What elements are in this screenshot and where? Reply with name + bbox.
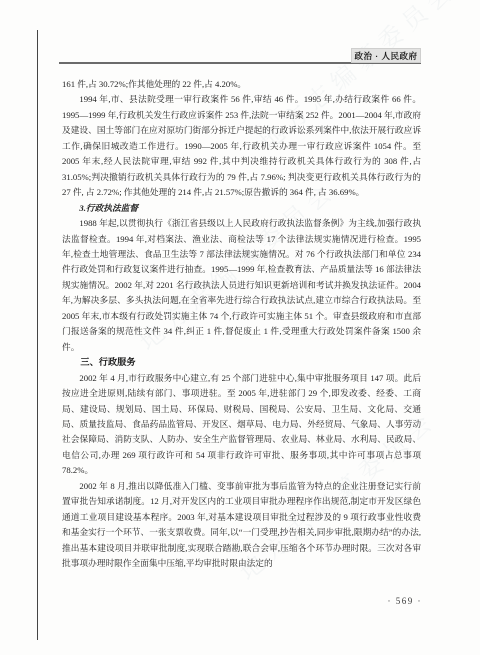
body-paragraph: 1994 年,市、县法院受理一审行政案件 56 件,审结 46 件。1995 年… xyxy=(62,92,421,200)
section-heading: 三、行政服务 xyxy=(62,355,421,370)
body-paragraph: 2002 年 8 月,推出以降低准入门槛、变事前审批为事后监管为特点的企业注册登… xyxy=(62,479,421,572)
page-edge-line xyxy=(37,30,38,640)
body-paragraph: 2002 年 4 月,市行政服务中心建立,有 25 个部门进驻中心,集中审批服务… xyxy=(62,371,421,479)
page-body: 161 件,占 30.72%;作其他处理的 22 件,占 4.20%。1994 … xyxy=(62,77,421,572)
body-paragraph: 1988 年起,以贯彻执行《浙江省县级以上人民政府行政执法监督条例》为主线,加强… xyxy=(62,216,421,355)
body-paragraph: 161 件,占 30.72%;作其他处理的 22 件,占 4.20%。 xyxy=(62,77,421,92)
running-head-section: 政治 · 人民政府 xyxy=(351,48,421,63)
page-number: · 569 · xyxy=(388,596,423,606)
book-page: 地方志编纂委员会 地方志编纂委员会 地方志编纂委员会 政治 · 人民政府 161… xyxy=(0,0,480,655)
sub-heading: 3.行政执法监督 xyxy=(62,201,421,216)
